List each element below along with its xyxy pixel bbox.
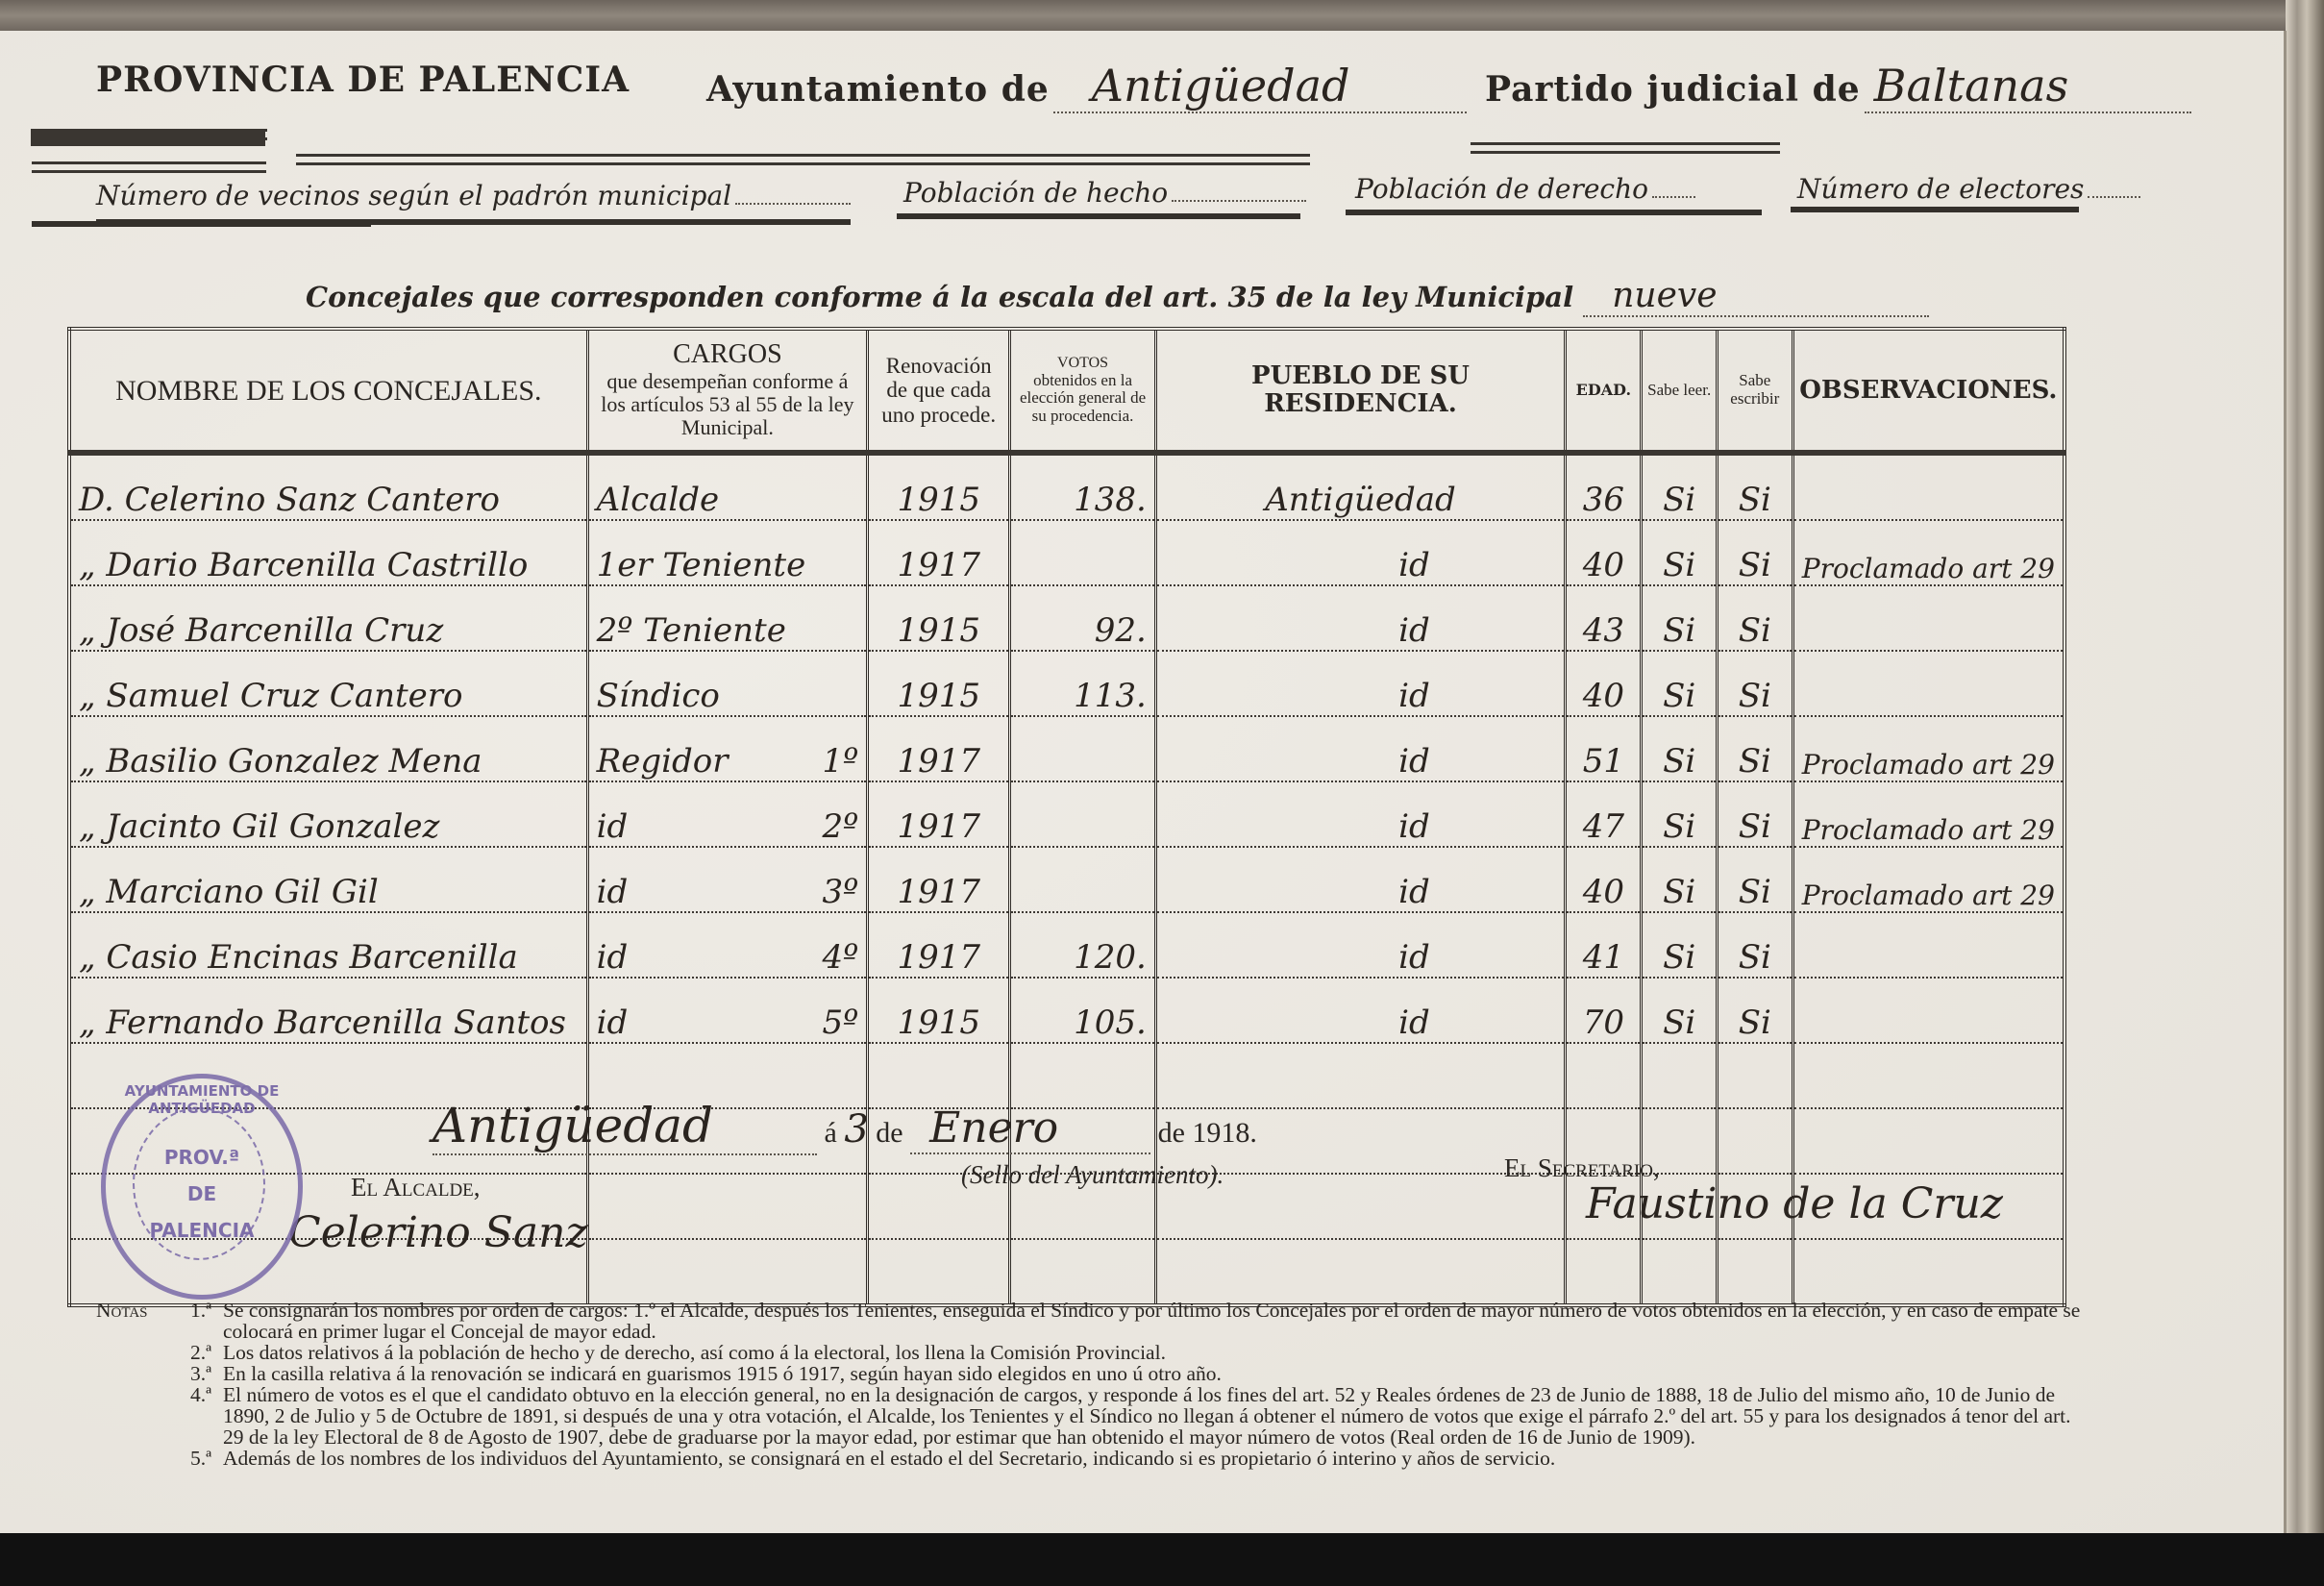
sabe-escribir-cell: Si (1717, 716, 1792, 781)
sabe-leer-cell: Si (1642, 520, 1717, 585)
nombre-cell: „ Basilio Gonzalez Mena (69, 716, 587, 781)
note-text: Se consignarán los nombres por orden de … (223, 1300, 2095, 1342)
alcalde-label: El Alcalde, (351, 1173, 481, 1202)
date-year: de 1918. (1158, 1117, 1257, 1149)
observaciones-cell (1792, 453, 2064, 520)
note-number: 1.ª (173, 1300, 223, 1342)
header-sabe-leer: Sabe leer. (1642, 329, 1717, 453)
stats-rule-2 (897, 213, 1300, 219)
edad-cell: 70 (1566, 978, 1642, 1043)
observaciones-cell: Proclamado art 29 (1792, 781, 2064, 847)
renovacion-cell: 1915 (868, 651, 1010, 716)
votos-cell: 120. (1010, 912, 1155, 978)
edad-cell: 40 (1566, 520, 1642, 585)
header-votos-title: VOTOS (1015, 355, 1150, 372)
alcalde-signature: Celerino Sanz (288, 1208, 588, 1257)
note-item: Notas1.ªSe consignarán los nombres por o… (96, 1300, 2095, 1342)
vecinos-label: Número de vecinos según el padrón munici… (96, 180, 731, 211)
edad-cell (1566, 1043, 1642, 1108)
table-header-row: NOMBRE DE LOS CONCEJALES. CARGOS que des… (69, 329, 2064, 453)
note-number: 2.ª (173, 1342, 223, 1363)
renovacion-cell: 1917 (868, 520, 1010, 585)
renovacion-cell: 1915 (868, 585, 1010, 651)
votos-cell: 105. (1010, 978, 1155, 1043)
stamp-line-3: PALENCIA (106, 1219, 298, 1242)
pueblo-cell: id (1155, 520, 1565, 585)
renovacion-cell: 1917 (868, 716, 1010, 781)
sabe-escribir-cell: Si (1717, 651, 1792, 716)
vecinos-field: Número de vecinos según el padrón munici… (96, 180, 851, 211)
notes-lead (96, 1384, 173, 1448)
cargo-cell: Síndico (587, 651, 867, 716)
header-pueblo: PUEBLO DE SU RESIDENCIA. (1155, 329, 1565, 453)
concejales-label: Concejales que corresponden conforme á l… (306, 281, 1573, 313)
renovacion-cell (868, 1239, 1010, 1305)
edad-cell (1566, 1239, 1642, 1305)
document-page: PROVINCIA DE PALENCIA Ayuntamiento de An… (0, 31, 2287, 1538)
header-votos: VOTOS obtenidos en la elección general d… (1010, 329, 1155, 453)
note-number: 5.ª (173, 1448, 223, 1469)
pueblo-cell: id (1155, 585, 1565, 651)
table-row: „ José Barcenilla Cruz2º Teniente191592.… (69, 585, 2064, 651)
pueblo-cell: id (1155, 716, 1565, 781)
observaciones-cell (1792, 1239, 2064, 1305)
nombre-cell: „ José Barcenilla Cruz (69, 585, 587, 651)
votos-cell (1010, 520, 1155, 585)
cargo-cell: id4º (587, 912, 867, 978)
header-cargos-sub: que desempeñan conforme á los artículos … (593, 370, 862, 440)
edad-cell: 43 (1566, 585, 1642, 651)
table-row: D. Celerino Sanz CanteroAlcalde1915138.A… (69, 453, 2064, 520)
note-item: 4.ªEl número de votos es el que el candi… (96, 1384, 2095, 1448)
sabe-escribir-cell: Si (1717, 781, 1792, 847)
secretario-signature: Faustino de la Cruz (1586, 1179, 2003, 1228)
cargo-ordinal: 3º (822, 873, 858, 911)
sabe-leer-cell: Si (1642, 978, 1717, 1043)
date-a: á (825, 1117, 837, 1149)
table-row: „ Dario Barcenilla Castrillo1er Teniente… (69, 520, 2064, 585)
sabe-escribir-cell: Si (1717, 978, 1792, 1043)
observaciones-cell (1792, 651, 2064, 716)
header-renovacion: Renovación de que cada uno procede. (868, 329, 1010, 453)
pueblo-cell: id (1155, 912, 1565, 978)
cargo-ordinal: 1º (822, 742, 858, 781)
cargo-text: id (597, 938, 629, 977)
electores-value (2088, 196, 2140, 198)
partido-block: Partido judicial de Baltanas (1485, 60, 2191, 146)
cargo-cell: 2º Teniente (587, 585, 867, 651)
nombre-cell: „ Dario Barcenilla Castrillo (69, 520, 587, 585)
note-text: Además de los nombres de los individuos … (223, 1448, 2095, 1469)
sabe-escribir-cell: Si (1717, 585, 1792, 651)
header-observaciones: OBSERVACIONES. (1792, 329, 2064, 453)
notes-lead: Notas (96, 1300, 173, 1342)
electores-label: Número de electores (1797, 173, 2084, 205)
poblacion-hecho-field: Población de hecho (903, 177, 1306, 209)
sabe-leer-cell: Si (1642, 781, 1717, 847)
edad-cell: 36 (1566, 453, 1642, 520)
note-text: Los datos relativos á la población de he… (223, 1342, 2095, 1363)
vecinos-value (735, 203, 851, 205)
stamp-line-2: DE (106, 1182, 298, 1205)
header-votos-sub: obtenidos en la elección general de su p… (1015, 372, 1150, 426)
ayuntamiento-underline (296, 154, 1310, 165)
observaciones-cell (1792, 1043, 2064, 1108)
table-row: „ Basilio Gonzalez MenaRegidor1º1917id51… (69, 716, 2064, 781)
sabe-leer-cell: Si (1642, 847, 1717, 912)
sabe-escribir-cell: Si (1717, 520, 1792, 585)
pueblo-cell: id (1155, 847, 1565, 912)
renovacion-cell: 1917 (868, 912, 1010, 978)
poblacion-hecho-label: Población de hecho (903, 177, 1168, 209)
sabe-leer-cell: Si (1642, 651, 1717, 716)
stats-rule-3 (1346, 210, 1762, 215)
date-place: Antigüedad (433, 1098, 817, 1155)
pueblo-cell: Antigüedad (1155, 453, 1565, 520)
nombre-cell: „ Casio Encinas Barcenilla (69, 912, 587, 978)
cargo-text: Alcalde (597, 481, 720, 519)
cargo-text: id (597, 1004, 629, 1042)
notes-lead (96, 1342, 173, 1363)
votos-cell (1010, 716, 1155, 781)
sabe-leer-cell (1642, 1043, 1717, 1108)
concejales-value: nueve (1583, 276, 1929, 317)
cargo-ordinal: 5º (822, 1004, 858, 1042)
observaciones-cell (1792, 978, 2064, 1043)
sabe-escribir-cell (1717, 1239, 1792, 1305)
partido-value: Baltanas (1865, 60, 2191, 113)
sabe-leer-cell: Si (1642, 585, 1717, 651)
votos-cell: 138. (1010, 453, 1155, 520)
municipal-stamp: AYUNTAMIENTO DE ANTIGÜEDAD PROV.ª DE PAL… (101, 1074, 303, 1300)
cargo-text: Regidor (597, 742, 729, 781)
date-day: 3 (844, 1107, 868, 1152)
cargo-cell (587, 1239, 867, 1305)
nombre-cell: „ Samuel Cruz Cantero (69, 651, 587, 716)
nombre-cell: „ Fernando Barcenilla Santos (69, 978, 587, 1043)
pueblo-cell: id (1155, 781, 1565, 847)
pueblo-cell: id (1155, 651, 1565, 716)
cargo-cell: id5º (587, 978, 867, 1043)
electores-field: Número de electores (1797, 173, 2140, 205)
table-row: „ Casio Encinas Barcenillaid4º1917120.id… (69, 912, 2064, 978)
note-text: El número de votos es el que el candidat… (223, 1384, 2095, 1448)
observaciones-cell: Proclamado art 29 (1792, 520, 2064, 585)
ayuntamiento-label: Ayuntamiento de (706, 69, 1050, 110)
renovacion-cell: 1917 (868, 847, 1010, 912)
partido-label: Partido judicial de (1485, 69, 1861, 110)
cargo-text: Síndico (597, 677, 720, 715)
header-cargos: CARGOS que desempeñan conforme á los art… (587, 329, 867, 453)
date-month: Enero (910, 1103, 1150, 1154)
note-text: En la casilla relativa á la renovación s… (223, 1363, 2095, 1384)
cargo-ordinal: 4º (822, 938, 858, 977)
stats-rule-1 (96, 219, 851, 225)
table-row: „ Marciano Gil Gilid3º1917id40SiSiProcla… (69, 847, 2064, 912)
cargo-text: id (597, 807, 629, 846)
note-item: 3.ªEn la casilla relativa á la renovació… (96, 1363, 2095, 1384)
observaciones-cell (1792, 1108, 2064, 1174)
partido-underline (1471, 142, 1780, 154)
edad-cell: 51 (1566, 716, 1642, 781)
renovacion-cell: 1917 (868, 781, 1010, 847)
votos-cell (1010, 781, 1155, 847)
note-item: 2.ªLos datos relativos á la población de… (96, 1342, 2095, 1363)
table-row: „ Fernando Barcenilla Santosid5º1915105.… (69, 978, 2064, 1043)
table-row: „ Jacinto Gil Gonzalezid2º1917id47SiSiPr… (69, 781, 2064, 847)
header-sabe-escribir: Sabe escribir (1717, 329, 1792, 453)
observaciones-cell (1792, 585, 2064, 651)
sabe-escribir-cell (1717, 1043, 1792, 1108)
stamp-line-1: PROV.ª (106, 1146, 298, 1169)
observaciones-cell: Proclamado art 29 (1792, 847, 2064, 912)
cargo-cell (587, 1174, 867, 1239)
sabe-leer-cell: Si (1642, 912, 1717, 978)
notes-section: Notas1.ªSe consignarán los nombres por o… (96, 1300, 2095, 1469)
book-right-edge (2286, 0, 2324, 1586)
poblacion-derecho-field: Población de derecho (1355, 173, 1695, 205)
date-line: Antigüedad á 3 de Enero de 1918. (433, 1098, 1257, 1155)
cargo-cell: Alcalde (587, 453, 867, 520)
nombre-cell: „ Marciano Gil Gil (69, 847, 587, 912)
note-item: 5.ªAdemás de los nombres de los individu… (96, 1448, 2095, 1469)
edad-cell: 40 (1566, 847, 1642, 912)
votos-cell: 92. (1010, 585, 1155, 651)
observaciones-cell (1792, 912, 2064, 978)
observaciones-cell: Proclamado art 29 (1792, 716, 2064, 781)
sabe-escribir-cell: Si (1717, 847, 1792, 912)
sello-label: (Sello del Ayuntamiento). (961, 1160, 1224, 1190)
poblacion-derecho-label: Población de derecho (1355, 173, 1648, 205)
book-bottom-shadow (0, 1533, 2324, 1586)
renovacion-cell: 1915 (868, 453, 1010, 520)
provincia-underline (32, 161, 266, 173)
sabe-escribir-cell (1717, 1108, 1792, 1174)
sabe-escribir-cell: Si (1717, 912, 1792, 978)
cargo-cell: Regidor1º (587, 716, 867, 781)
edad-cell: 40 (1566, 651, 1642, 716)
cargo-text: 1er Teniente (597, 546, 806, 584)
sabe-escribir-cell: Si (1717, 453, 1792, 520)
cargo-cell: 1er Teniente (587, 520, 867, 585)
sabe-leer-cell: Si (1642, 453, 1717, 520)
votos-cell (1010, 847, 1155, 912)
sabe-leer-cell: Si (1642, 716, 1717, 781)
cargo-text: id (597, 873, 629, 911)
poblacion-hecho-value (1172, 200, 1306, 202)
edad-cell: 47 (1566, 781, 1642, 847)
ayuntamiento-block: Ayuntamiento de Antigüedad (706, 60, 1467, 146)
edad-cell: 41 (1566, 912, 1642, 978)
table-row: „ Samuel Cruz CanteroSíndico1915113.id40… (69, 651, 2064, 716)
votos-cell: 113. (1010, 651, 1155, 716)
poblacion-derecho-value (1652, 196, 1695, 198)
notes-lead (96, 1363, 173, 1384)
nombre-cell: D. Celerino Sanz Cantero (69, 453, 587, 520)
provincia-rule (31, 129, 267, 140)
sabe-leer-cell (1642, 1239, 1717, 1305)
pueblo-cell (1155, 1239, 1565, 1305)
header-edad: EDAD. (1566, 329, 1642, 453)
date-de: de (876, 1117, 902, 1149)
provincia-title: PROVINCIA DE PALENCIA (96, 60, 630, 100)
note-number: 4.ª (173, 1384, 223, 1448)
cargo-ordinal: 2º (822, 807, 858, 846)
pueblo-cell: id (1155, 978, 1565, 1043)
votos-cell (1010, 1239, 1155, 1305)
notes-lead (96, 1448, 173, 1469)
cargo-cell: id2º (587, 781, 867, 847)
concejales-line: Concejales que corresponden conforme á l… (306, 276, 1929, 317)
header-nombre: NOMBRE DE LOS CONCEJALES. (69, 329, 587, 453)
nombre-cell: „ Jacinto Gil Gonzalez (69, 781, 587, 847)
cargo-text: 2º Teniente (597, 611, 786, 650)
renovacion-cell: 1915 (868, 978, 1010, 1043)
header-cargos-title: CARGOS (593, 340, 862, 370)
cargo-cell: id3º (587, 847, 867, 912)
ayuntamiento-value: Antigüedad (1053, 60, 1467, 113)
stats-rule-4 (1791, 207, 2079, 212)
note-number: 3.ª (173, 1363, 223, 1384)
